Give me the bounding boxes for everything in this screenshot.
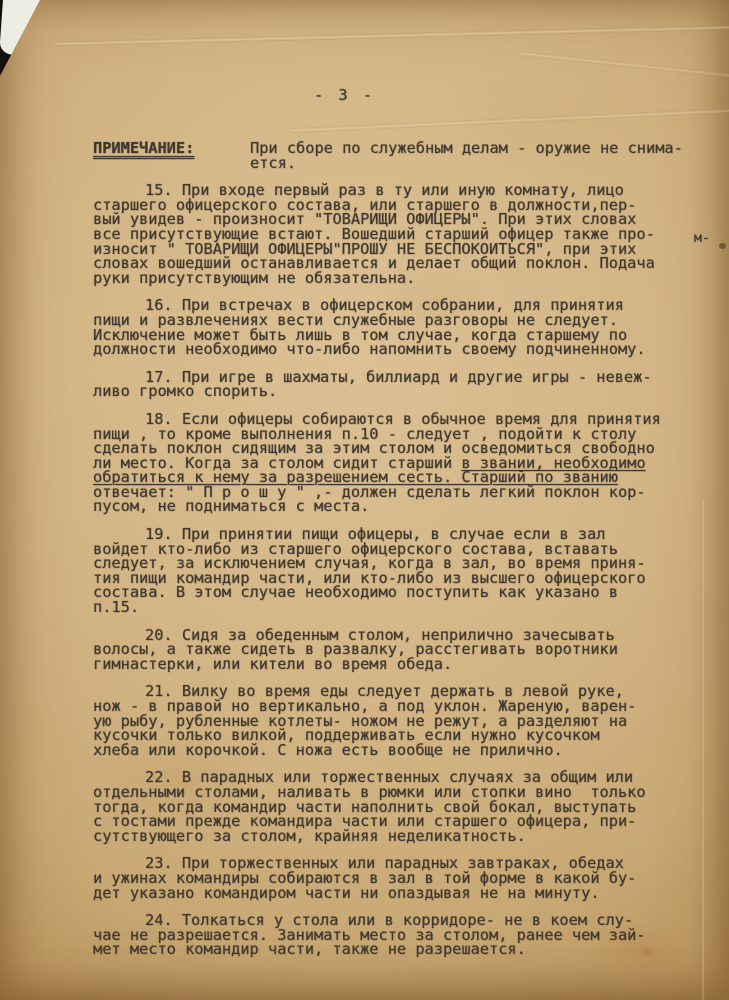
text-line: п.15. [93, 600, 653, 615]
note-line: При сборе по служебным делам - оружие не… [250, 141, 653, 156]
rule-paragraph-15: 15. При входе первый раз в ту или иную к… [93, 183, 653, 285]
rule-paragraph-17: 17. При игре в шахматы, биллиард и други… [93, 370, 653, 399]
rule-paragraph-20: 20. Сидя за обеденным столом, неприлично… [93, 628, 653, 672]
rule-paragraph-22: 22. В парадных или торжественных случаях… [93, 770, 653, 843]
paper-speck [719, 243, 726, 249]
paper-crease [290, 108, 729, 133]
note-text: При сборе по служебным делам - оружие не… [250, 141, 653, 170]
text-line: ливо громко спорить. [93, 384, 653, 399]
note-paragraph: ПРИМЕЧАНИЕ: При сборе по служебным делам… [93, 141, 653, 170]
text-line: состава. В этом случае необходимо поступ… [93, 585, 653, 600]
document-page: - 3 - ПРИМЕЧАНИЕ: При сборе по служебным… [0, 0, 729, 1000]
paper-crease [520, 51, 729, 80]
text-line: должности необходимо что-либо напомнить … [93, 342, 653, 357]
rule-paragraph-16: 16. При встречах в офицерском собрании, … [93, 298, 653, 356]
rule-paragraph-23: 23. При торжественных или парадных завтр… [93, 856, 653, 900]
rule-paragraph-21: 21. Вилку во время еды следует держать в… [93, 684, 653, 757]
page-number: - 3 - [314, 86, 375, 104]
paper-edge-fold [701, 500, 705, 1000]
text-line: хлеба или корочкой. С ножа есть вообще н… [93, 743, 653, 758]
text-line: пусом, не подниматься с места. [93, 499, 653, 514]
document-body: ПРИМЕЧАНИЕ: При сборе по служебным делам… [93, 141, 653, 970]
rule-paragraph-24: 24. Толкаться у стола или в корридоре- н… [93, 913, 653, 957]
text-line: гимнастерки, или кители во время обеда. [93, 657, 653, 672]
note-line: ется. [250, 156, 653, 171]
margin-stray-mark: м- [694, 231, 710, 246]
rule-paragraph-19: 19. При принятии пищи офицеры, в случае … [93, 527, 653, 615]
scan-background: - 3 - ПРИМЕЧАНИЕ: При сборе по служебным… [0, 0, 729, 1000]
note-term: ПРИМЕЧАНИЕ: [93, 141, 194, 156]
rules-list: 15. При входе первый раз в ту или иную к… [93, 183, 653, 957]
text-line: дет указано командиром части ни опаздыва… [93, 886, 653, 901]
paper-crease [55, 25, 729, 47]
text-line: сутствующего за столом, крайняя неделика… [93, 829, 653, 844]
rule-paragraph-18: 18. Если офицеры собираются в обычное вр… [93, 412, 653, 514]
text-line: мет место командир части, также не разре… [93, 942, 653, 957]
text-line: руки присутствующим не обязательна. [93, 271, 653, 286]
